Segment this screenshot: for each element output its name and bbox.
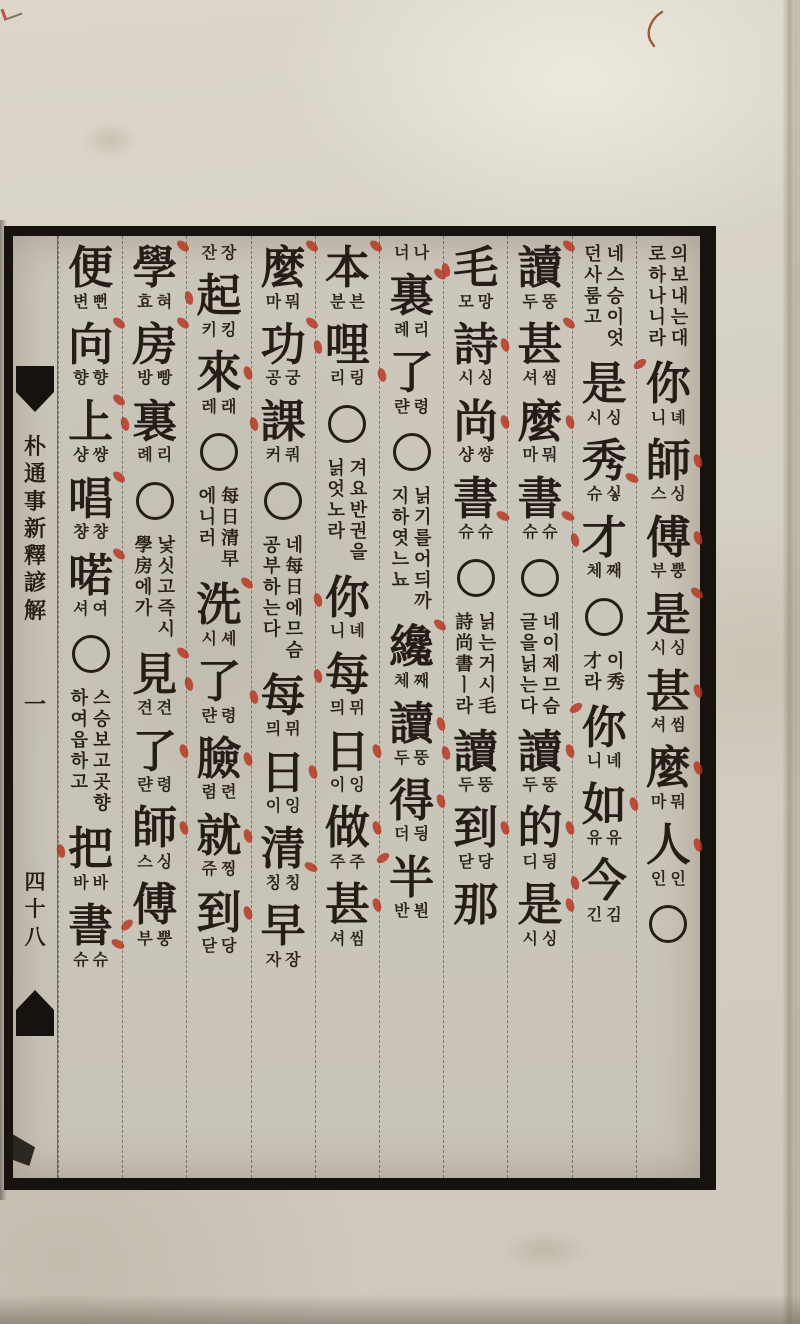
gloss-char: 믜 <box>266 720 281 738</box>
gloss-char: 시 <box>587 409 602 427</box>
hanzi-char: 麼 <box>261 243 306 293</box>
gloss-pair: 뭐마 <box>651 793 686 811</box>
gloss-char: 싱 <box>670 485 685 503</box>
hanzi-char: 甚 <box>325 880 370 930</box>
hanzi-unit: 麼뭐마 <box>261 241 306 318</box>
hanzi-char: 了 <box>196 657 241 707</box>
hanzi-char: 你 <box>325 573 370 623</box>
gloss-char: 쿼 <box>285 446 300 464</box>
hanzi-unit: 起킹키 <box>196 269 241 346</box>
hanzi-wrap: 麼 <box>261 243 306 293</box>
translation-char: 보 <box>93 730 110 751</box>
gloss-char: 이 <box>330 776 345 794</box>
translation-char: 읍 <box>71 730 88 751</box>
gloss-char: 마 <box>266 293 281 311</box>
translation-char: 고 <box>93 751 110 772</box>
translation-char: 어 <box>414 549 431 570</box>
translation-char: 니 <box>199 507 216 528</box>
gloss-char: 째 <box>606 562 621 580</box>
gloss-char: 니 <box>330 622 345 640</box>
gloss-char: 싱 <box>670 639 685 657</box>
hanzi-wrap: 向 <box>68 320 113 370</box>
gloss-pair: 찡쥬 <box>202 860 237 878</box>
gloss-pair: 령랸 <box>394 398 429 416</box>
gloss-char: 주 <box>330 853 345 871</box>
gloss-char: 랸 <box>394 398 409 416</box>
hanzi-unit: 了령랸 <box>389 346 434 423</box>
gloss-char: 녜 <box>349 622 364 640</box>
gloss-char: 싱 <box>478 369 493 387</box>
hanzi-unit: 人인인 <box>646 818 691 895</box>
gloss-pair: 뚱두 <box>523 293 558 311</box>
gloss-pair: 싱시 <box>651 639 686 657</box>
gloss-pair: 썅샹 <box>73 446 108 464</box>
gloss-pair: 싱스 <box>137 853 172 871</box>
hanzi-char: 人 <box>646 820 691 870</box>
gloss-char: 례 <box>137 446 152 464</box>
translation-char: 즉 <box>158 598 175 619</box>
hanzi-char: 了 <box>132 727 177 777</box>
gloss-char: 랸 <box>137 776 152 794</box>
gloss-pair: 붠반 <box>394 902 429 920</box>
gloss-pair: 궁공 <box>266 369 301 387</box>
translation-char: 에 <box>199 486 216 507</box>
translation-subcolumn: 每日清早 <box>221 486 239 570</box>
gloss-char: 주 <box>349 853 364 871</box>
hanzi-unit: 唱챵챵 <box>68 472 113 549</box>
gloss-pair: 인인 <box>651 870 686 888</box>
hanzi-wrap: 課 <box>261 397 306 447</box>
translation-char: 낯 <box>158 535 175 556</box>
hanzi-char: 上 <box>68 397 113 447</box>
translation-char: 學 <box>135 535 153 556</box>
gloss-char: 븐 <box>349 293 364 311</box>
hanzi-wrap: 師 <box>132 803 177 853</box>
hanzi-unit: 師싱스 <box>646 434 691 511</box>
hanzi-wrap: 甚 <box>325 880 370 930</box>
translation-char: 고 <box>584 307 601 328</box>
translation-char: 하 <box>392 507 409 528</box>
translation-char: 곳 <box>93 772 110 793</box>
translation-subcolumn: 공부하는다 <box>263 535 280 661</box>
red-accent-mark <box>441 746 452 762</box>
gloss-char: 녜 <box>606 752 621 770</box>
hanzi-char: 唱 <box>68 474 113 524</box>
translation-char: 겨 <box>350 458 367 479</box>
gloss-char: 시 <box>523 930 538 948</box>
gloss-char: 스 <box>651 485 666 503</box>
hanzi-unit: 麼뭐마 <box>517 395 562 472</box>
translation-char: 스 <box>607 265 624 286</box>
translation-char: 노 <box>327 500 344 521</box>
korean-translation: 네이제므슴글을닑는다 <box>520 612 560 717</box>
translation-char: 는 <box>671 307 688 328</box>
hanzi-unit: 房빵방 <box>132 318 177 395</box>
translation-char: 닑 <box>520 654 537 675</box>
hanzi-unit: 功궁공 <box>261 318 306 395</box>
hanzi-char: 甚 <box>646 667 691 717</box>
hanzi-wrap: 書 <box>68 901 113 951</box>
hanzi-unit: 書슈슈 <box>68 899 113 976</box>
hanzi-char: 的 <box>517 803 562 853</box>
hanzi-char: 傅 <box>132 880 177 930</box>
hanzi-unit: 喏여셔 <box>68 549 113 626</box>
gloss-char: 례 <box>394 321 409 339</box>
translation-char: 才 <box>584 651 602 672</box>
translation-char: 로 <box>649 244 666 265</box>
gloss-char: 두 <box>523 293 538 311</box>
gloss-pair: 견견 <box>137 699 172 717</box>
hanzi-wrap: 人 <box>646 820 691 870</box>
translation-char: 清 <box>221 528 239 549</box>
hanzi-char: 麼 <box>646 743 691 793</box>
gloss-char: 변 <box>73 293 88 311</box>
translation-char: 까 <box>414 591 431 612</box>
translation-char: 뇨 <box>392 570 409 591</box>
gloss-char: 궁 <box>285 369 300 387</box>
hanzi-unit: 詩싱시 <box>453 318 498 395</box>
gloss-char: 효 <box>137 293 152 311</box>
hanzi-wrap: 你 <box>325 573 370 623</box>
gloss-char: 체 <box>587 562 602 580</box>
gloss-pair: 나너 <box>394 244 429 262</box>
gloss-char: 씸 <box>542 369 557 387</box>
hanzi-char: 毛 <box>453 243 498 293</box>
hanzi-wrap: 了 <box>132 727 177 777</box>
gloss-char: 망 <box>478 293 493 311</box>
hanzi-char: 日 <box>261 748 306 798</box>
gloss-pair: 싱시 <box>587 409 622 427</box>
gloss-char: 향 <box>93 369 108 387</box>
gloss-pair: 뻔변 <box>73 293 108 311</box>
text-column: 麼뭐마功궁공課쿼커네每日에므슴공부하는다每뮈믜日잉이清칭칭早장자 <box>251 236 315 1178</box>
hanzi-unit: 便뻔변 <box>68 241 113 318</box>
red-accent-mark <box>312 592 323 608</box>
gloss-pair: 링리 <box>330 369 365 387</box>
hanzi-wrap: 洗 <box>196 580 241 630</box>
hanzi-unit: 甚씸셔 <box>517 318 562 395</box>
translation-char: 느 <box>392 549 409 570</box>
gloss-char: 렴 <box>202 783 217 801</box>
circle-separator <box>585 598 623 636</box>
hanzi-char: 向 <box>68 320 113 370</box>
gloss-pair: 뭐마 <box>266 293 301 311</box>
hanzi-unit: 裏리례 <box>132 395 177 472</box>
gloss-char: 령 <box>221 707 236 725</box>
translation-char: 라 <box>327 521 344 542</box>
translation-char: 닑 <box>327 458 344 479</box>
gloss-char: 견 <box>137 699 152 717</box>
gloss-char: 딍 <box>414 825 429 843</box>
translation-char: 다 <box>263 619 280 640</box>
translation-char: 닑 <box>414 486 431 507</box>
translation-char: 는 <box>520 675 537 696</box>
hanzi-char: 哩 <box>325 320 370 370</box>
hanzi-char: 裏 <box>132 397 177 447</box>
paper-edge <box>795 0 800 1324</box>
gloss-char: 싱 <box>606 409 621 427</box>
korean-translation: 의보내는대로하나니라 <box>649 244 689 349</box>
translation-char: 네 <box>607 244 624 265</box>
hanzi-unit: 讀뚱두 <box>389 697 434 774</box>
printed-page-frame: 朴通事新釋諺解 一 四十八 의보내는대로하나니라你녜니師싱스傅뿡부是싱시甚씸셔麼… <box>4 226 716 1190</box>
hanzi-unit: 日잉이 <box>261 746 306 823</box>
translation-subcolumn: 하여읍하고 <box>71 688 88 814</box>
hanzi-wrap: 纔 <box>389 622 434 672</box>
gloss-char: 셔 <box>523 369 538 387</box>
gloss-pair: 킹키 <box>202 321 237 339</box>
gloss-char: 셰 <box>221 630 236 648</box>
hanzi-wrap: 甚 <box>517 320 562 370</box>
gloss-pair: 뚱두 <box>394 749 429 767</box>
gloss-char: 슈 <box>93 951 108 969</box>
hanzi-wrap: 每 <box>325 650 370 700</box>
translation-char: 슴 <box>285 640 303 661</box>
hanzi-unit: 書슈슈 <box>517 472 562 549</box>
gloss-char: 체 <box>394 672 409 690</box>
gloss-char: 뭐 <box>670 793 685 811</box>
translation-char: 제 <box>542 654 559 675</box>
hanzi-wrap: 讀 <box>389 699 434 749</box>
translation-subcolumn: 의보내는대 <box>671 244 688 349</box>
gloss-char: 혀 <box>157 293 172 311</box>
translation-char: 고 <box>71 772 88 793</box>
translation-char: 요 <box>350 479 367 500</box>
translation-char: 고 <box>158 577 175 598</box>
gloss-char: 인 <box>651 870 666 888</box>
hanzi-unit: 裏리례 <box>389 269 434 346</box>
gloss-pair: 씸셔 <box>330 930 365 948</box>
gloss-pair: 딍더 <box>394 825 429 843</box>
translation-char: 엇 <box>327 479 344 500</box>
gloss-char: 딍 <box>542 853 557 871</box>
hanzi-char: 到 <box>453 803 498 853</box>
hanzi-wrap: 唱 <box>68 474 113 524</box>
hanzi-char: 是 <box>646 590 691 640</box>
gloss-char: 유 <box>587 829 602 847</box>
translation-char: 나 <box>649 286 666 307</box>
gloss-char: 이 <box>266 797 281 815</box>
circle-separator <box>393 433 431 471</box>
hanzi-unit: 半붠반 <box>389 851 434 928</box>
gloss-char: 견 <box>157 699 172 717</box>
gloss-char: 녜 <box>670 409 685 427</box>
gloss-char: 뿡 <box>157 930 172 948</box>
translation-char: 대 <box>671 328 688 349</box>
hanzi-char: 才 <box>582 513 627 563</box>
gloss-char: 쥬 <box>202 860 217 878</box>
gloss-char: 긴 <box>587 906 602 924</box>
gloss-char: 자 <box>266 951 281 969</box>
red-accent-mark <box>184 676 195 692</box>
translation-char: 日 <box>221 507 239 528</box>
hanzi-char: 得 <box>389 776 434 826</box>
translation-subcolumn: 지하엿느뇨 <box>392 486 409 612</box>
gloss-char: 마 <box>651 793 666 811</box>
hanzi-char: 本 <box>325 243 370 293</box>
gloss-char: 부 <box>137 930 152 948</box>
translation-char: 공 <box>263 535 280 556</box>
translation-char: 시 <box>478 675 496 696</box>
circle-separator <box>72 635 110 673</box>
translation-char: 슴 <box>542 696 559 717</box>
hanzi-wrap: 秀 <box>582 436 627 486</box>
translation-subcolumn: 네스승이엇 <box>607 244 624 349</box>
hanzi-unit: 傅뿡부 <box>646 511 691 588</box>
translation-char: 러 <box>199 528 216 549</box>
hanzi-char: 起 <box>196 271 241 321</box>
gloss-pair: 주주 <box>330 853 365 871</box>
gloss-char: 잉 <box>349 776 364 794</box>
gloss-char: 시 <box>651 639 666 657</box>
hanzi-char: 是 <box>517 880 562 930</box>
red-accent-mark <box>692 837 704 853</box>
translation-char: 이 <box>607 651 625 672</box>
hanzi-wrap: 傅 <box>132 880 177 930</box>
gloss-char: 시 <box>202 630 217 648</box>
translation-char: 라 <box>584 672 602 693</box>
hanzi-char: 早 <box>261 901 306 951</box>
gloss-char: 너 <box>394 244 409 262</box>
hanzi-char: 傅 <box>646 513 691 563</box>
hanzi-char: 到 <box>196 888 241 938</box>
hanzi-unit: 了령랸 <box>196 655 241 732</box>
paper-stain <box>80 120 140 160</box>
hanzi-wrap: 讀 <box>517 243 562 293</box>
translation-subcolumn: 겨요반권을 <box>350 458 367 563</box>
gloss-pair: 녜니 <box>330 622 365 640</box>
gloss-char: 붠 <box>414 902 429 920</box>
hanzi-wrap: 麼 <box>517 397 562 447</box>
hanzi-char: 課 <box>261 397 306 447</box>
hanzi-unit: 做주주 <box>325 801 370 878</box>
translation-char: 하 <box>71 751 88 772</box>
hanzi-unit: 到당닫 <box>453 801 498 878</box>
translation-subcolumn: 던사룸고 <box>584 244 601 349</box>
hanzi-unit: 的딍디 <box>517 801 562 878</box>
translation-char: 시 <box>158 619 175 640</box>
hanzi-wrap: 了 <box>196 657 241 707</box>
hanzi-char: 讀 <box>517 727 562 777</box>
hanzi-char: 讀 <box>517 243 562 293</box>
hanzi-wrap: 做 <box>325 803 370 853</box>
hanzi-wrap: 早 <box>261 901 306 951</box>
gloss-pair: 쿼커 <box>266 446 301 464</box>
gloss-char: 닫 <box>202 937 217 955</box>
translation-char: 내 <box>671 286 688 307</box>
circle-separator <box>649 905 687 943</box>
hanzi-char: 清 <box>261 824 306 874</box>
gloss-char: 바 <box>73 874 88 892</box>
hanzi-char: 書 <box>68 901 113 951</box>
hanzi-char: 纔 <box>389 622 434 672</box>
gloss-char: 잉 <box>285 797 300 815</box>
gloss-pair: 싱스 <box>651 485 686 503</box>
gloss-pair: 잉이 <box>266 797 301 815</box>
circle-separator <box>521 559 559 597</box>
gloss-pair: 싱시 <box>523 930 558 948</box>
gloss-char: 슈 <box>458 523 473 541</box>
hanzi-wrap: 了 <box>389 348 434 398</box>
translation-char: ㅣ <box>455 675 473 696</box>
hanzi-unit: 那 <box>453 878 498 930</box>
hanzi-unit: 你녜니 <box>582 701 627 778</box>
translation-char: 가 <box>135 598 153 619</box>
gloss-pair: 딍디 <box>523 853 558 871</box>
hanzi-unit: 課쿼커 <box>261 395 306 472</box>
gloss-pair: 싷슈 <box>587 485 622 503</box>
gloss-pair: 씸셔 <box>651 716 686 734</box>
hanzi-char: 師 <box>646 436 691 486</box>
hanzi-unit: 見견견 <box>132 648 177 725</box>
hanzi-unit: 早장자 <box>261 899 306 976</box>
gloss-pair: 슈슈 <box>73 951 108 969</box>
hanzi-wrap: 上 <box>68 397 113 447</box>
gloss-char: 니 <box>587 752 602 770</box>
gloss-char: 셔 <box>73 600 88 618</box>
gloss-pair: 싱시 <box>458 369 493 387</box>
hanzi-char: 臉 <box>196 734 241 784</box>
hanzi-wrap: 是 <box>646 590 691 640</box>
hanzi-char: 如 <box>582 780 627 830</box>
hanzi-unit: 讀뚱두 <box>453 725 498 802</box>
hanzi-wrap: 今 <box>582 856 627 906</box>
korean-translation: 네每日에므슴공부하는다 <box>263 535 303 661</box>
hanzi-wrap: 每 <box>261 671 306 721</box>
translation-char: 거 <box>478 654 496 675</box>
gloss-char: 모 <box>458 293 473 311</box>
translation-subcolumn: 네이제므슴 <box>542 612 559 717</box>
translation-subcolumn: 詩尚書ㅣ라 <box>455 612 473 717</box>
hanzi-wrap: 你 <box>646 359 691 409</box>
gloss-char: 더 <box>394 825 409 843</box>
circle-separator <box>457 559 495 597</box>
hanzi-wrap: 到 <box>453 803 498 853</box>
gloss-char: 스 <box>137 853 152 871</box>
translation-char: 반 <box>350 500 367 521</box>
hanzi-char: 詩 <box>453 320 498 370</box>
gloss-char: 뭐 <box>542 446 557 464</box>
hanzi-wrap: 哩 <box>325 320 370 370</box>
text-column: 나너裏리례了령랸닑기를어듸까지하엿느뇨纔째체讀뚱두得딍더半붠반 <box>379 236 443 1178</box>
hanzi-unit: 把바바 <box>68 822 113 899</box>
gloss-pair: 령랸 <box>137 776 172 794</box>
hanzi-char: 做 <box>325 803 370 853</box>
hanzi-wrap: 學 <box>132 243 177 293</box>
hanzi-wrap: 那 <box>453 880 498 930</box>
hanzi-char: 尚 <box>453 397 498 447</box>
spine-title: 朴通事新釋諺解 <box>22 434 48 625</box>
translation-char: 를 <box>414 528 431 549</box>
korean-translation: 겨요반권을닑엇노라 <box>327 458 367 563</box>
translation-char: 하 <box>649 265 666 286</box>
translation-char: 을 <box>520 633 537 654</box>
translation-char: 사 <box>584 265 601 286</box>
text-column: 毛망모詩싱시尚썅샹書슈슈닑는거시毛詩尚書ㅣ라讀뚱두到당닫那 <box>443 236 507 1178</box>
korean-translation: 닑기를어듸까지하엿느뇨 <box>392 486 432 612</box>
gloss-char: 여 <box>93 600 108 618</box>
red-accent-mark <box>312 669 323 685</box>
gloss-char: 샹 <box>73 446 88 464</box>
gloss-char: 바 <box>93 874 108 892</box>
gloss-char: 슈 <box>542 523 557 541</box>
hanzi-char: 你 <box>646 359 691 409</box>
translation-char: 승 <box>93 709 110 730</box>
translation-char: 毛 <box>478 696 496 717</box>
translation-char: 엿 <box>392 528 409 549</box>
hanzi-wrap: 本 <box>325 243 370 293</box>
gloss-pair: 련렴 <box>202 783 237 801</box>
